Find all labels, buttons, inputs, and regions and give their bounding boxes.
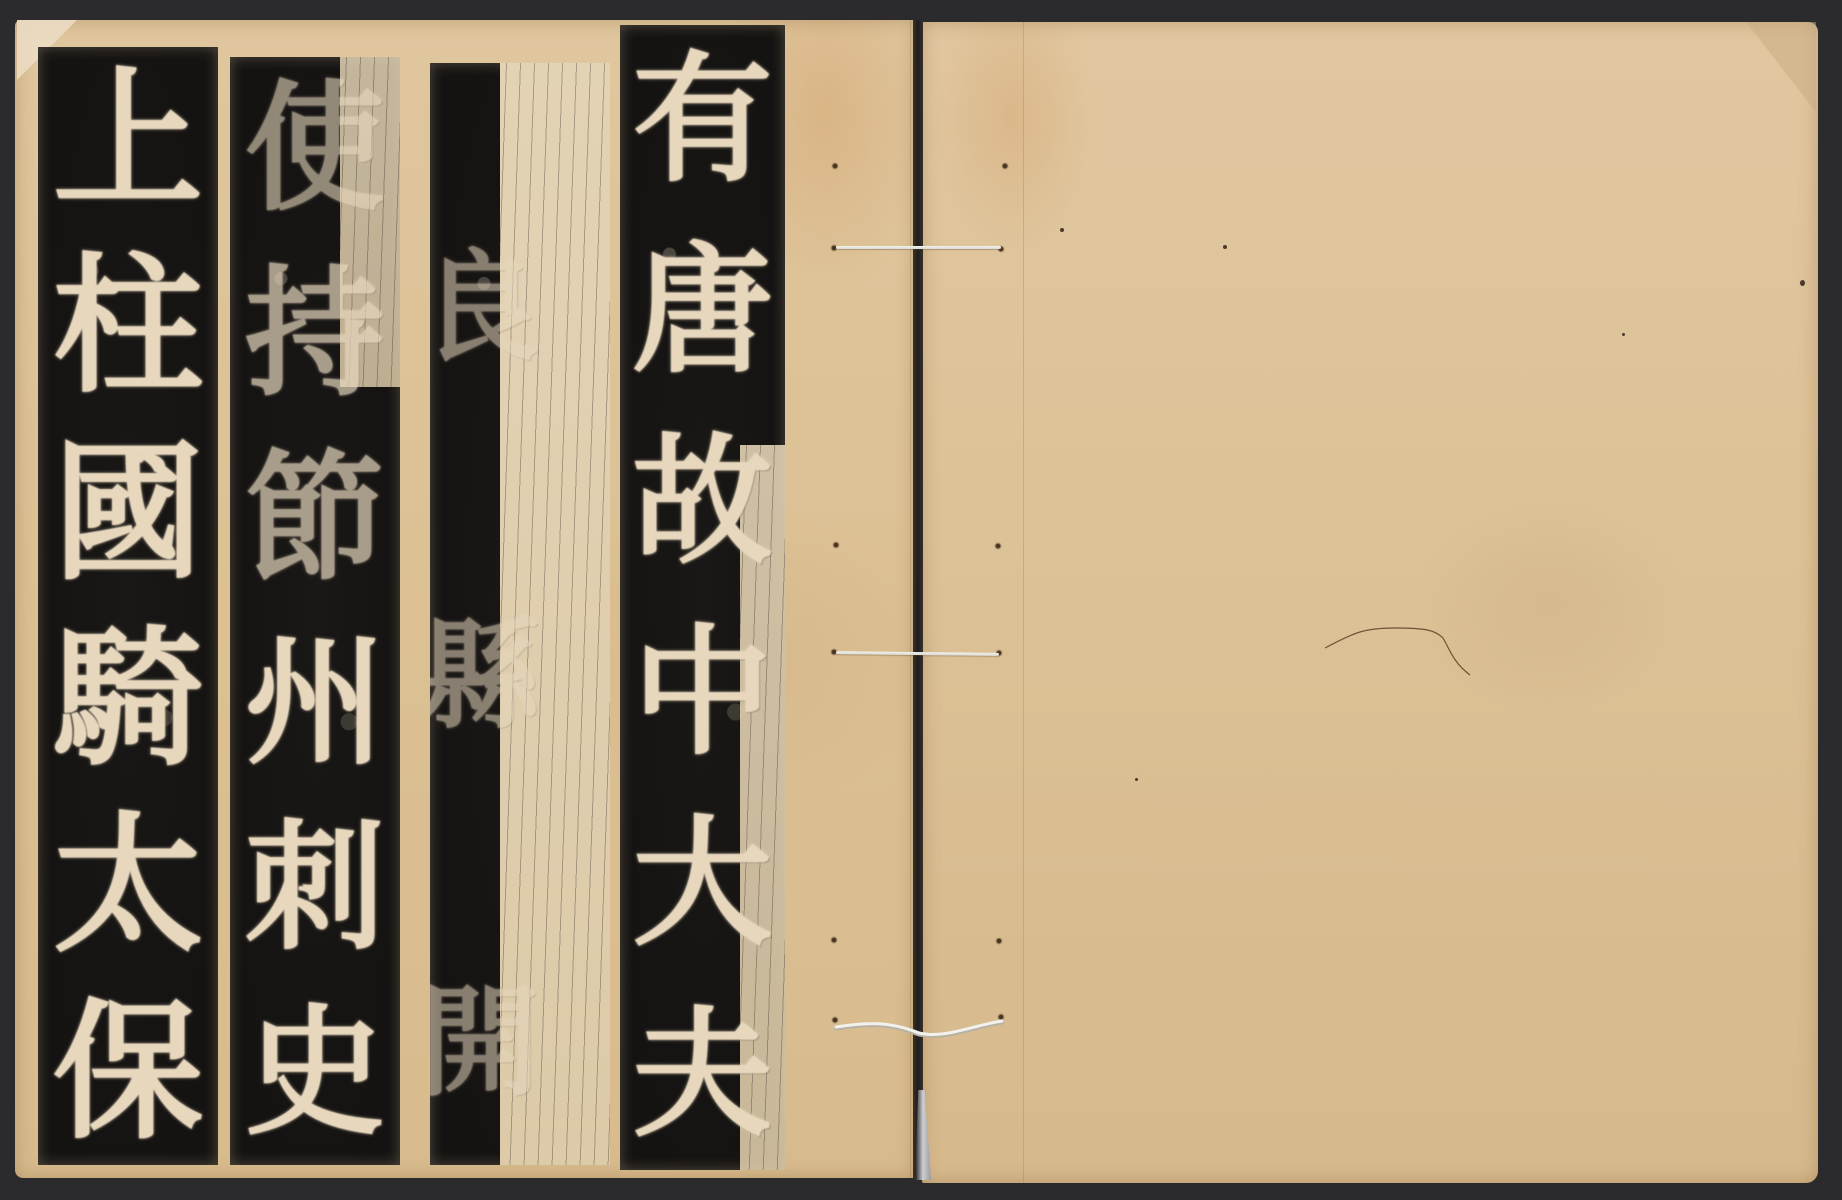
- binding-hole: [994, 542, 1002, 550]
- binding-hole: [831, 162, 839, 170]
- rubbing-column-2: 使 持 節 州 刺 史: [230, 57, 400, 1165]
- page-edge-fold: [910, 20, 911, 1178]
- rubbing-char: 夫: [632, 1005, 772, 1145]
- top-right-corner-fold: [1746, 22, 1816, 112]
- binding-hole: [995, 937, 1003, 945]
- rubbing-column-1: 上 柱 國 騎 太 保: [38, 47, 218, 1165]
- rubbing-char: 大: [632, 814, 772, 954]
- rubbing-char: 柱: [53, 251, 203, 401]
- gutter-fold-line: [1023, 22, 1024, 1183]
- paper-speck: [1622, 333, 1625, 336]
- paper-speck: [1060, 228, 1064, 232]
- rubbing-char: 良: [430, 248, 540, 368]
- binding-hole: [1001, 162, 1009, 170]
- paper-speck: [1800, 280, 1805, 286]
- rubbing-char: 國: [53, 438, 203, 588]
- rubbing-char: 開: [430, 983, 540, 1103]
- rubbing-char: 唐: [632, 241, 772, 381]
- rubbing-char: 使: [245, 79, 385, 219]
- rubbing-char: 騎: [53, 624, 203, 774]
- paper-speck: [1223, 245, 1227, 249]
- rubbing-char: 有: [632, 50, 772, 190]
- rubbing-char: 州: [245, 633, 385, 773]
- rubbing-char: 史: [245, 1003, 385, 1143]
- right-page: [922, 22, 1818, 1183]
- rubbing-char: 縣: [430, 616, 540, 736]
- binding-hole: [832, 541, 840, 549]
- rubbing-char: 上: [53, 65, 203, 215]
- rubbing-char: 刺: [245, 818, 385, 958]
- rubbing-column-4: 有 唐 故 中 大 夫: [620, 25, 785, 1170]
- rubbing-column-3: 良 縣 開: [430, 63, 610, 1165]
- rubbing-char: 持: [245, 264, 385, 404]
- rubbing-char: 保: [53, 997, 203, 1147]
- stray-hair-mark: [1325, 620, 1475, 680]
- rubbing-char: 故: [632, 432, 772, 572]
- rubbing-char: 節: [245, 449, 385, 589]
- binding-thread-bottom: [834, 1012, 1004, 1042]
- rubbing-char: 中: [632, 623, 772, 763]
- binding-hole: [830, 936, 838, 944]
- book-spine-gap: [913, 20, 923, 1180]
- binding-thread-top: [836, 246, 1001, 249]
- rubbing-char: 太: [53, 810, 203, 960]
- paper-speck: [1135, 778, 1138, 781]
